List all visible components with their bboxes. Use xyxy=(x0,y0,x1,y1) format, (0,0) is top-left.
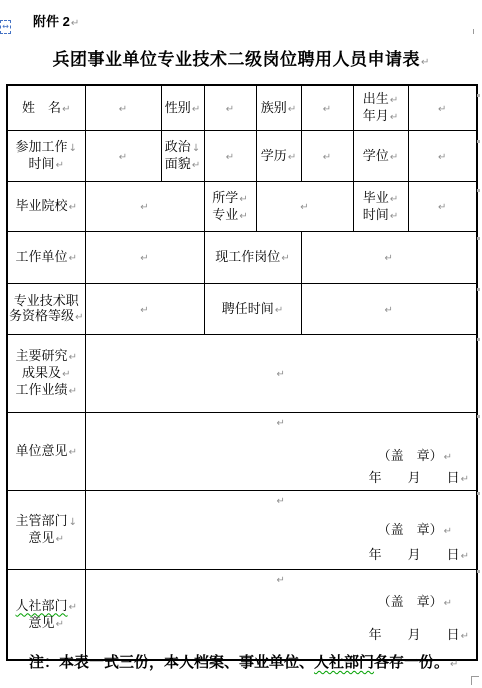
row-end-mark xyxy=(477,189,480,192)
hr-opinion-label-line2: 意见↵ xyxy=(8,615,85,632)
school-value-cell[interactable]: ↵ xyxy=(85,182,204,232)
hr-opinion-label-cell: 人社部门↵ 意见↵ xyxy=(7,570,85,661)
political-label-l2: 面貌 xyxy=(165,156,191,171)
paragraph-mark: ↵ xyxy=(69,202,77,213)
paragraph-mark: ↵ xyxy=(461,631,469,642)
paragraph-mark: ↵ xyxy=(277,575,285,586)
paragraph-mark: ↵ xyxy=(277,418,285,429)
current-post-value-cell[interactable]: ↵ xyxy=(301,232,477,284)
date-text: 年 月 日 xyxy=(369,627,460,642)
paragraph-mark: ↵ xyxy=(140,202,148,213)
graduation-time-label-cell: 毕业↵ 时间↵ xyxy=(353,182,408,232)
page-title-text: 兵团事业单位专业技术二级岗位聘用人员申请表 xyxy=(53,50,421,69)
row-end-mark xyxy=(477,570,480,573)
major-label-l2: 专业 xyxy=(212,207,238,222)
major-label-l1: 所学 xyxy=(212,190,238,205)
paragraph-mark: ↵ xyxy=(385,253,393,264)
spacer xyxy=(86,431,477,448)
unit-opinion-value-cell[interactable]: ↵ （盖 章）↵ 年 月 日↵ xyxy=(85,413,477,491)
paragraph-mark: ↵ xyxy=(75,312,83,323)
education-label-cell: 学历↵ xyxy=(256,131,301,182)
work-start-value-cell[interactable]: ↵ xyxy=(85,131,161,182)
paragraph-mark: ↵ xyxy=(69,447,77,458)
date-placeholder: 年 月 日↵ xyxy=(86,470,477,487)
political-label-line1: 政治↓ xyxy=(162,139,204,156)
paragraph-mark: ↵ xyxy=(444,598,452,609)
political-value-cell[interactable]: ↵ xyxy=(204,131,256,182)
stamp-placeholder: （盖 章）↵ xyxy=(86,522,477,539)
gender-label-cell: 性别↵ xyxy=(161,85,204,131)
degree-label-cell: 学位↵ xyxy=(353,131,408,182)
hr-opinion-label-line1: 人社部门↵ xyxy=(8,598,85,615)
graduation-time-value-cell[interactable]: ↵ xyxy=(408,182,477,232)
work-start-label-l1: 参加工作 xyxy=(16,139,68,154)
paragraph-mark: ↵ xyxy=(226,152,234,163)
paragraph-mark: ↵ xyxy=(281,253,289,264)
paragraph-mark: ↵ xyxy=(390,112,398,123)
anchor-arrow-icon: ↔ xyxy=(2,23,9,31)
current-post-label-cell: 现工作岗位↵ xyxy=(204,232,301,284)
table-row: 主要研究↵ 成果及↵ 工作业绩↵ ↵ xyxy=(7,335,477,413)
table-row: 姓 名↵ ↵ 性别↵ ↵ 族别↵ ↵ 出生↵ 年月↵ ↵ xyxy=(7,85,477,131)
application-form-table: 姓 名↵ ↵ 性别↵ ↵ 族别↵ ↵ 出生↵ 年月↵ ↵ 参加工作↓ 时间↵ ↵… xyxy=(6,84,478,661)
paragraph-mark: ↵ xyxy=(275,305,283,316)
employer-label: 工作单位 xyxy=(16,249,68,264)
paragraph-mark: ↵ xyxy=(288,152,296,163)
paragraph-mark: ↵ xyxy=(71,18,79,29)
linebreak-mark: ↓ xyxy=(69,143,77,154)
paragraph-mark: ↵ xyxy=(277,496,285,507)
work-start-label-line1: 参加工作↓ xyxy=(8,139,85,156)
stamp-text: （盖 章） xyxy=(378,448,443,463)
degree-value-cell[interactable]: ↵ xyxy=(408,131,477,182)
paragraph-mark: ↵ xyxy=(461,551,469,562)
paragraph-mark: ↵ xyxy=(288,104,296,115)
paragraph-mark: ↵ xyxy=(62,369,70,380)
graduation-time-label-l2: 时间 xyxy=(363,207,389,222)
achievements-label-cell: 主要研究↵ 成果及↵ 工作业绩↵ xyxy=(7,335,85,413)
paragraph-mark-line: ↵ xyxy=(86,492,477,509)
major-label-cell: 所学↵ 专业↵ xyxy=(204,182,256,232)
paragraph-mark: ↵ xyxy=(300,202,308,213)
birthdate-label-l2: 年月 xyxy=(363,108,389,123)
paragraph-mark: ↵ xyxy=(192,160,200,171)
political-label-line2: 面貌↵ xyxy=(162,156,204,173)
dept-opinion-label-l2: 意见 xyxy=(29,530,55,545)
date-placeholder: 年 月 日↵ xyxy=(86,627,477,644)
prof-level-label-line1: 专业技术职 xyxy=(8,293,85,308)
hr-opinion-label-l2: 意见 xyxy=(29,615,55,630)
achievements-label-line1: 主要研究↵ xyxy=(8,348,85,365)
stamp-text: （盖 章） xyxy=(378,594,443,609)
attachment-text: 附件 2 xyxy=(33,14,70,29)
dept-opinion-label-cell: 主管部门↓ 意见↵ xyxy=(7,491,85,570)
table-row: 专业技术职 务资格等级↵ ↵ 聘任时间↵ ↵ xyxy=(7,284,477,335)
row-end-mark xyxy=(477,140,480,143)
table-row: 工作单位↵ ↵ 现工作岗位↵ ↵ xyxy=(7,232,477,284)
achievements-label-l1: 主要研究 xyxy=(16,348,68,363)
table-row: 单位意见↵ ↵ （盖 章）↵ 年 月 日↵ xyxy=(7,413,477,491)
date-text: 年 月 日 xyxy=(369,470,460,485)
current-post-label: 现工作岗位 xyxy=(215,249,280,264)
page-title: 兵团事业单位专业技术二级岗位聘用人员申请表↵ xyxy=(0,45,482,70)
paragraph-mark: ↵ xyxy=(323,152,331,163)
text-boundary-corner-mark xyxy=(471,676,479,685)
name-label-cell: 姓 名↵ xyxy=(7,85,85,131)
paragraph-mark: ↵ xyxy=(140,305,148,316)
prof-level-label-l1: 专业技术职 xyxy=(14,293,79,308)
employer-label-cell: 工作单位↵ xyxy=(7,232,85,284)
row-end-mark xyxy=(477,94,480,97)
paragraph-mark: ↵ xyxy=(390,152,398,163)
achievements-label-line3: 工作业绩↵ xyxy=(8,382,85,399)
graduation-time-label-l1: 毕业 xyxy=(363,190,389,205)
footer-note: 注：本表一式三份，本人档案、事业单位、人社部门各存一份。↵ xyxy=(29,654,469,674)
major-label-line1: 所学↵ xyxy=(205,190,256,207)
school-label-cell: 毕业院校↵ xyxy=(7,182,85,232)
name-value-cell[interactable]: ↵ xyxy=(85,85,161,131)
unit-opinion-content: ↵ （盖 章）↵ 年 月 日↵ xyxy=(86,414,477,489)
row-end-mark xyxy=(477,237,480,240)
paragraph-mark: ↵ xyxy=(69,253,77,264)
prof-level-label-cell: 专业技术职 务资格等级↵ xyxy=(7,284,85,335)
ethnicity-value-cell[interactable]: ↵ xyxy=(301,85,353,131)
paragraph-mark: ↵ xyxy=(192,104,200,115)
table-row: 人社部门↵ 意见↵ ↵ （盖 章）↵ 年 月 日↵ xyxy=(7,570,477,661)
education-value-cell[interactable]: ↵ xyxy=(301,131,353,182)
paragraph-mark: ↵ xyxy=(438,104,446,115)
paragraph-mark: ↵ xyxy=(56,619,64,630)
table-row: 参加工作↓ 时间↵ ↵ 政治↓ 面貌↵ ↵ 学历↵ ↵ 学位↵ ↵ xyxy=(7,131,477,182)
birthdate-value-cell[interactable]: ↵ xyxy=(408,85,477,131)
achievements-value-cell[interactable]: ↵ xyxy=(85,335,477,413)
paragraph-mark: ↵ xyxy=(277,369,285,380)
paragraph-mark-line: ↵ xyxy=(86,571,477,588)
footer-note-suffix: 各存一份。 xyxy=(374,654,449,671)
birthdate-label-line2: 年月↵ xyxy=(354,108,408,125)
unit-opinion-label: 单位意见 xyxy=(16,443,68,458)
table-row: 毕业院校↵ ↵ 所学↵ 专业↵ ↵ 毕业↵ 时间↵ ↵ xyxy=(7,182,477,232)
dept-opinion-label-line1: 主管部门↓ xyxy=(8,513,85,530)
political-label-cell: 政治↓ 面貌↵ xyxy=(161,131,204,182)
paragraph-mark: ↵ xyxy=(69,386,77,397)
education-label: 学历 xyxy=(261,148,287,163)
paragraph-mark: ↵ xyxy=(119,152,127,163)
employer-value-cell[interactable]: ↵ xyxy=(85,232,204,284)
object-anchor-icon: ↔ xyxy=(0,20,11,34)
linebreak-mark: ↓ xyxy=(192,143,200,154)
paragraph-mark: ↵ xyxy=(140,253,148,264)
achievements-label-l2: 成果及 xyxy=(22,365,61,380)
dept-opinion-label-l1: 主管部门 xyxy=(16,513,68,528)
text-boundary-mark xyxy=(473,29,474,34)
paragraph-mark: ↵ xyxy=(390,211,398,222)
prof-level-value-cell[interactable]: ↵ xyxy=(85,284,204,335)
name-label: 姓 名 xyxy=(22,100,61,115)
gender-value-cell[interactable]: ↵ xyxy=(204,85,256,131)
table-row: 主管部门↓ 意见↵ ↵ （盖 章）↵ 年 月 日↵ xyxy=(7,491,477,570)
stamp-text: （盖 章） xyxy=(378,522,443,537)
paragraph-mark: ↵ xyxy=(119,104,127,115)
footer-note-highlight: 人社部门 xyxy=(314,654,374,671)
paragraph-mark: ↵ xyxy=(56,160,64,171)
row-end-mark xyxy=(477,338,480,341)
paragraph-mark: ↵ xyxy=(385,305,393,316)
paragraph-mark: ↵ xyxy=(390,194,398,205)
paragraph-mark: ↵ xyxy=(323,104,331,115)
work-start-label-line2: 时间↵ xyxy=(8,156,85,173)
birthdate-label-line1: 出生↵ xyxy=(354,91,408,108)
school-label: 毕业院校 xyxy=(16,198,68,213)
attachment-label: 附件 2↵ xyxy=(33,11,79,30)
ethnicity-label: 族别 xyxy=(261,100,287,115)
paragraph-mark: ↵ xyxy=(62,104,70,115)
paragraph-mark: ↵ xyxy=(226,104,234,115)
dept-opinion-label-line2: 意见↵ xyxy=(8,530,85,547)
paragraph-mark: ↵ xyxy=(69,352,77,363)
graduation-time-label-line1: 毕业↵ xyxy=(354,190,408,207)
spacer xyxy=(86,509,477,522)
hire-time-value-cell[interactable]: ↵ xyxy=(301,284,477,335)
paragraph-mark: ↵ xyxy=(56,534,64,545)
prof-level-label-l2: 务资格等级 xyxy=(9,308,74,323)
major-value-cell[interactable]: ↵ xyxy=(256,182,353,232)
graduation-time-label-line2: 时间↵ xyxy=(354,207,408,224)
political-label-l1: 政治 xyxy=(165,139,191,154)
birthdate-label-cell: 出生↵ 年月↵ xyxy=(353,85,408,131)
hire-time-label-cell: 聘任时间↵ xyxy=(204,284,301,335)
paragraph-mark: ↵ xyxy=(69,602,77,613)
date-text: 年 月 日 xyxy=(369,547,460,562)
major-label-line2: 专业↵ xyxy=(205,207,256,224)
paragraph-mark: ↵ xyxy=(390,95,398,106)
paragraph-mark: ↵ xyxy=(239,194,247,205)
footer-note-prefix: 注：本表一式三份，本人档案、事业单位、 xyxy=(29,654,314,671)
linebreak-mark: ↓ xyxy=(69,517,77,528)
paragraph-mark: ↵ xyxy=(444,526,452,537)
paragraph-mark: ↵ xyxy=(421,57,429,68)
row-end-mark xyxy=(477,288,480,291)
date-placeholder: 年 月 日↵ xyxy=(86,547,477,564)
dept-opinion-content: ↵ （盖 章）↵ 年 月 日↵ xyxy=(86,492,477,568)
work-start-label-cell: 参加工作↓ 时间↵ xyxy=(7,131,85,182)
hr-opinion-value-cell[interactable]: ↵ （盖 章）↵ 年 月 日↵ xyxy=(85,570,477,661)
paragraph-mark-line: ↵ xyxy=(86,414,477,431)
paragraph-mark: ↵ xyxy=(450,659,458,670)
achievements-label-line2: 成果及↵ xyxy=(8,365,85,382)
paragraph-mark: ↵ xyxy=(438,202,446,213)
gender-label: 性别 xyxy=(165,100,191,115)
paragraph-mark: ↵ xyxy=(461,474,469,485)
stamp-placeholder: （盖 章）↵ xyxy=(86,594,477,611)
row-end-mark xyxy=(477,415,480,418)
hr-opinion-content: ↵ （盖 章）↵ 年 月 日↵ xyxy=(86,571,477,658)
stamp-placeholder: （盖 章）↵ xyxy=(86,448,477,465)
dept-opinion-value-cell[interactable]: ↵ （盖 章）↵ 年 月 日↵ xyxy=(85,491,477,570)
achievements-label-l3: 工作业绩 xyxy=(16,382,68,397)
unit-opinion-label-cell: 单位意见↵ xyxy=(7,413,85,491)
prof-level-label-line2: 务资格等级↵ xyxy=(8,308,85,325)
paragraph-mark: ↵ xyxy=(444,452,452,463)
birthdate-label-l1: 出生 xyxy=(363,91,389,106)
row-end-mark xyxy=(477,492,480,495)
hr-opinion-label-l1: 人社部门 xyxy=(16,598,68,613)
degree-label: 学位 xyxy=(363,148,389,163)
paragraph-mark: ↵ xyxy=(239,211,247,222)
ethnicity-label-cell: 族别↵ xyxy=(256,85,301,131)
work-start-label-l2: 时间 xyxy=(29,156,55,171)
paragraph-mark: ↵ xyxy=(438,152,446,163)
hire-time-label: 聘任时间 xyxy=(222,301,274,316)
